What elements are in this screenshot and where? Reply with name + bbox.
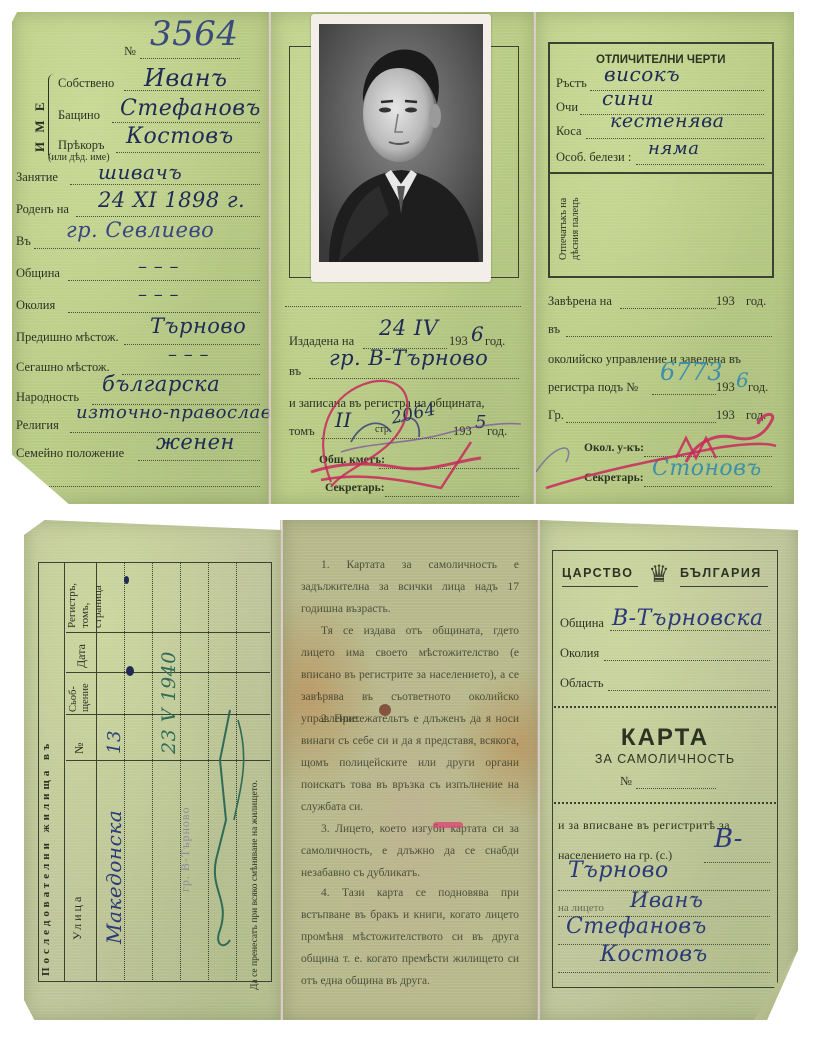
feature-label-height: Ръстъ bbox=[556, 76, 587, 91]
register-no-label: регистра подъ № bbox=[548, 380, 638, 395]
column-header-date: Дата bbox=[74, 644, 89, 668]
feature-label-eyes: Очи bbox=[556, 100, 578, 115]
row-dot-marker bbox=[126, 666, 134, 676]
field-label-fathers-name: Бащино bbox=[58, 108, 100, 123]
fold-line bbox=[533, 12, 536, 504]
field-label-born-on: Роденъ на bbox=[16, 202, 69, 217]
volume-year-word: год. bbox=[487, 424, 507, 439]
mayor-label: Общ. кметъ: bbox=[319, 454, 385, 466]
coat-of-arms-icon: ♛ bbox=[644, 560, 674, 590]
column-header-street: Улица bbox=[70, 894, 85, 940]
cover-field-label-district: Околия bbox=[560, 646, 599, 661]
table-footnote: Да се пренесатъ при всяко смѣняване на ж… bbox=[250, 780, 260, 990]
issued-on-value: 24 IV bbox=[379, 316, 438, 340]
field-label-religion: Религия bbox=[16, 418, 59, 433]
field-value-previous-residence: Търново bbox=[150, 314, 246, 338]
card-title: КАРТА bbox=[552, 724, 778, 752]
owner-label: на лицето bbox=[558, 902, 604, 914]
front-left-panel: № 3564 И М Е Собствено Иванъ Бащино Стеф… bbox=[12, 12, 270, 504]
front-right-panel: ОТЛИЧИТЕЛНИ ЧЕРТИ Ръстъ високъ Очи сини … bbox=[536, 12, 794, 504]
portrait-photo bbox=[319, 24, 483, 262]
card-subtitle: ЗА САМОЛИЧНОСТЬ bbox=[552, 752, 778, 766]
field-label-municipality: Община bbox=[16, 266, 60, 281]
field-label-nationality: Народность bbox=[16, 390, 79, 405]
owner-name-father: Стефановъ bbox=[566, 914, 707, 939]
field-label-occupation: Занятие bbox=[16, 170, 58, 185]
field-label-born-in: Въ bbox=[16, 234, 31, 249]
cover-field-label-municipality: Община bbox=[560, 616, 604, 631]
instruction-paragraph-5: 4. Тази карта се подновява при встъпване… bbox=[301, 882, 519, 992]
volume-year-suffix: 5 bbox=[475, 412, 487, 433]
register-year-prefix: 193 bbox=[716, 380, 735, 395]
register-year-word: год. bbox=[748, 380, 768, 395]
back-right-panel: ЦАРСТВО ♛ БЪЛГАРИЯ Община В-Търновска Ок… bbox=[540, 520, 798, 1020]
verified-year-word: год. bbox=[746, 294, 766, 309]
city-label: Гр. bbox=[548, 408, 564, 423]
field-label-marital-status: Семейно положение bbox=[16, 446, 124, 461]
field-value-district: – – – bbox=[138, 284, 179, 305]
fold-line bbox=[537, 520, 540, 1020]
page-label: стр. bbox=[375, 424, 391, 435]
issued-year-suffix: 6 bbox=[471, 322, 484, 346]
issued-in-value: гр. В-Търново bbox=[329, 346, 488, 370]
owner-name-first: Иванъ bbox=[630, 888, 703, 912]
name-group-label: И М Е bbox=[32, 99, 48, 152]
row-dot-marker bbox=[124, 576, 129, 584]
instruction-paragraph-3: 2. Притежательтъ е длъженъ да я носи вин… bbox=[301, 708, 519, 818]
feature-label-hair: Коса bbox=[556, 124, 582, 139]
population-value: В- bbox=[714, 824, 743, 854]
ink-stain bbox=[379, 704, 391, 716]
feature-label-marks: Особ. белези : bbox=[556, 150, 631, 165]
field-value-first-name: Иванъ bbox=[144, 64, 228, 92]
id-card-back: Последователни жилища въ Улица № Сьоб-ще… bbox=[24, 520, 798, 1020]
card-number-label: № bbox=[124, 44, 136, 59]
instruction-paragraph-1: 1. Картата за самоличность е задължителн… bbox=[301, 554, 519, 620]
right-secretary-label: Секретарь: bbox=[584, 472, 644, 484]
field-label-district: Околия bbox=[16, 298, 55, 313]
secretary-label: Секретарь: bbox=[325, 482, 385, 494]
kingdom-left: ЦАРСТВО bbox=[562, 566, 633, 580]
red-mark bbox=[433, 822, 463, 828]
cover-field-value-municipality: В-Търновска bbox=[612, 606, 764, 631]
feature-value-eyes: сини bbox=[602, 86, 654, 110]
register-text: и записана въ регистра на общината, bbox=[289, 396, 485, 411]
field-value-current-residence: – – – bbox=[168, 344, 209, 365]
register-no-value: 6773 bbox=[660, 358, 723, 386]
column-header-register: Регистръ, томъ, страница bbox=[66, 562, 105, 628]
card-number-value: 3564 bbox=[150, 14, 239, 54]
population-value-2: Търново bbox=[568, 858, 669, 883]
owner-name-surname: Костовъ bbox=[600, 942, 708, 967]
row-date-value: 23 V 1940 bbox=[158, 651, 180, 754]
card-number-label-back: № bbox=[620, 774, 632, 789]
id-card-front: № 3564 И М Е Собствено Иванъ Бащино Стеф… bbox=[12, 12, 794, 504]
field-value-born-on: 24 XI 1898 г. bbox=[98, 188, 245, 212]
row-number-value: 13 bbox=[104, 730, 125, 754]
back-left-panel: Последователни жилища въ Улица № Сьоб-ще… bbox=[24, 520, 282, 1020]
field-value-religion: източно-православна bbox=[76, 402, 295, 423]
volume-label: томъ bbox=[289, 424, 315, 439]
feature-value-height: високъ bbox=[604, 62, 680, 86]
kingdom-right: БЪЛГАРИЯ bbox=[680, 566, 762, 580]
feature-value-hair: кестенява bbox=[610, 110, 724, 132]
verified-year-prefix: 193 bbox=[716, 294, 735, 309]
volume-value: II bbox=[335, 408, 352, 432]
city-year-word: год. bbox=[746, 408, 766, 423]
column-header-notice: Сьоб-щение bbox=[68, 672, 92, 712]
field-value-municipality: – – – bbox=[138, 256, 179, 277]
cover-field-label-region: Область bbox=[560, 676, 604, 691]
verified-in-label: въ bbox=[548, 322, 560, 337]
feature-value-marks: няма bbox=[648, 138, 699, 159]
field-value-nationality: българска bbox=[102, 372, 220, 396]
holder-photo bbox=[311, 14, 491, 282]
fingerprint-area bbox=[594, 178, 764, 268]
back-middle-panel: 1. Картата за самоличность е задължителн… bbox=[283, 520, 539, 1020]
field-value-marital-status: женен bbox=[156, 430, 235, 454]
field-value-occupation: шивачъ bbox=[98, 160, 182, 184]
field-value-born-in: гр. Севлиево bbox=[66, 218, 214, 242]
city-year-prefix: 193 bbox=[716, 408, 735, 423]
field-value-surname: Костовъ bbox=[126, 124, 234, 149]
secretary-signature: Стоновъ bbox=[652, 456, 762, 481]
register-entry-text: и за вписване въ регистритѣ за bbox=[558, 818, 730, 833]
volume-year-prefix: 193 bbox=[453, 424, 472, 439]
field-label-current-residence: Сегашно мѣстож. bbox=[16, 360, 110, 375]
field-label-surname: Прѣкоръ bbox=[58, 138, 104, 153]
issued-in-label: въ bbox=[289, 364, 301, 379]
field-value-fathers-name: Стефановъ bbox=[120, 96, 261, 121]
field-label-previous-residence: Предишно мѣстож. bbox=[16, 330, 119, 345]
fingerprint-label: Отпечатъкъ на дѣсния палецъ bbox=[558, 180, 582, 260]
front-middle-panel: Издадена на 24 IV 193 6 год. въ гр. В-Тъ… bbox=[271, 12, 535, 504]
name-bracket bbox=[48, 74, 57, 160]
verified-on-label: Завѣрена на bbox=[548, 294, 612, 309]
instruction-paragraph-4: 3. Лицето, което изгуби картата си за са… bbox=[301, 818, 519, 884]
column-header-number: № bbox=[72, 743, 87, 754]
district-head-label: Окол. у-къ: bbox=[584, 442, 644, 454]
table-title: Последователни жилища въ bbox=[40, 740, 52, 976]
row-street-value: Македонска bbox=[102, 810, 126, 944]
field-label-first-name: Собствено bbox=[58, 76, 114, 91]
